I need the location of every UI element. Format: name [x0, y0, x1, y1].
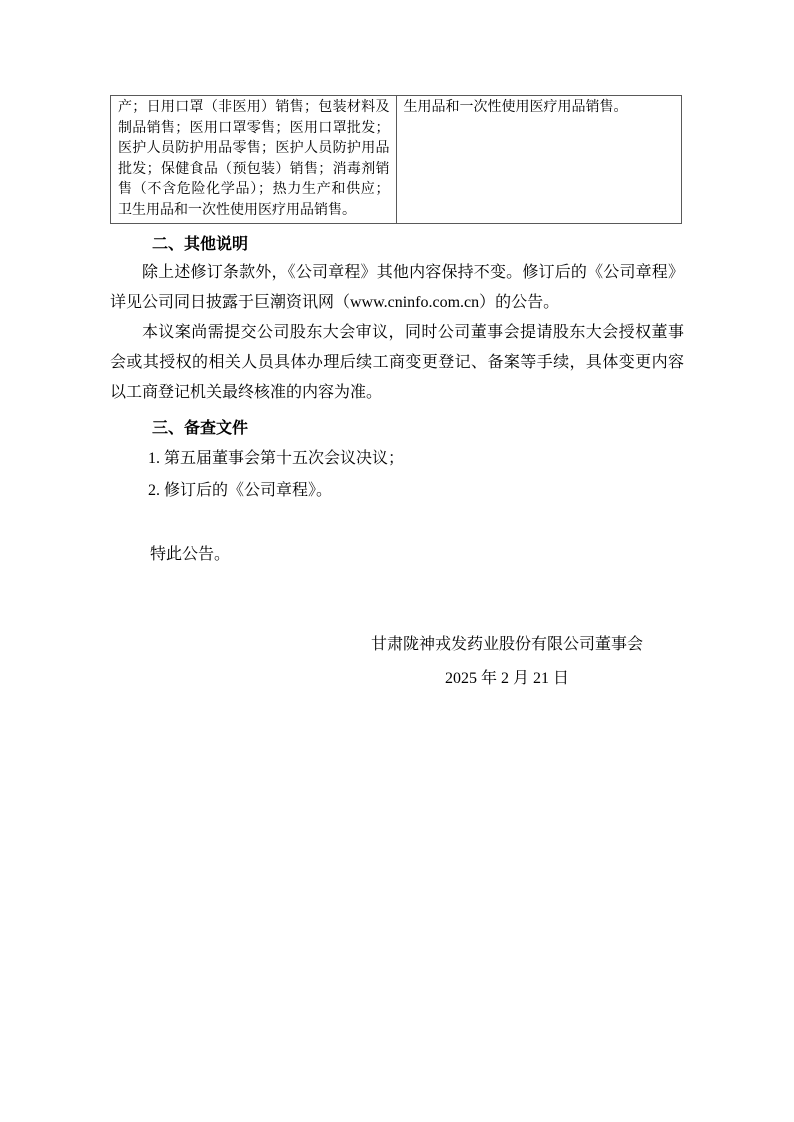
table-cell-right-scope: 生用品和一次性使用医疗用品销售。: [396, 96, 682, 224]
document-page: 产；日用口罩（非医用）销售；包装材料及制品销售；医用口罩零售；医用口罩批发；医护…: [0, 0, 794, 1122]
signature-date: 2025 年 2 月 21 日: [371, 664, 643, 694]
paragraph-charter-unchanged: 除上述修订条款外，《公司章程》其他内容保持不变。修订后的《公司章程》详见公司同日…: [110, 258, 684, 318]
section-heading-reference-docs: 三、备查文件: [110, 416, 684, 442]
business-scope-table: 产；日用口罩（非医用）销售；包装材料及制品销售；医用口罩零售；医用口罩批发；医护…: [110, 95, 682, 224]
table-cell-left-scope: 产；日用口罩（非医用）销售；包装材料及制品销售；医用口罩零售；医用口罩批发；医护…: [111, 96, 397, 224]
closing-statement: 特此公告。: [110, 540, 684, 570]
reference-doc-item-2: 2. 修订后的《公司章程》。: [110, 476, 684, 506]
section-heading-other-notes: 二、其他说明: [110, 232, 684, 258]
reference-doc-item-1: 1. 第五届董事会第十五次会议决议；: [110, 444, 684, 474]
signature-block: 甘肃陇神戎发药业股份有限公司董事会 2025 年 2 月 21 日: [371, 630, 643, 694]
paragraph-shareholder-approval: 本议案尚需提交公司股东大会审议，同时公司董事会提请股东大会授权董事会或其授权的相…: [110, 318, 684, 408]
signature-company: 甘肃陇神戎发药业股份有限公司董事会: [371, 630, 643, 660]
document-content: 产；日用口罩（非医用）销售；包装材料及制品销售；医用口罩零售；医用口罩批发；医护…: [0, 0, 794, 694]
table-row: 产；日用口罩（非医用）销售；包装材料及制品销售；医用口罩零售；医用口罩批发；医护…: [111, 96, 682, 224]
